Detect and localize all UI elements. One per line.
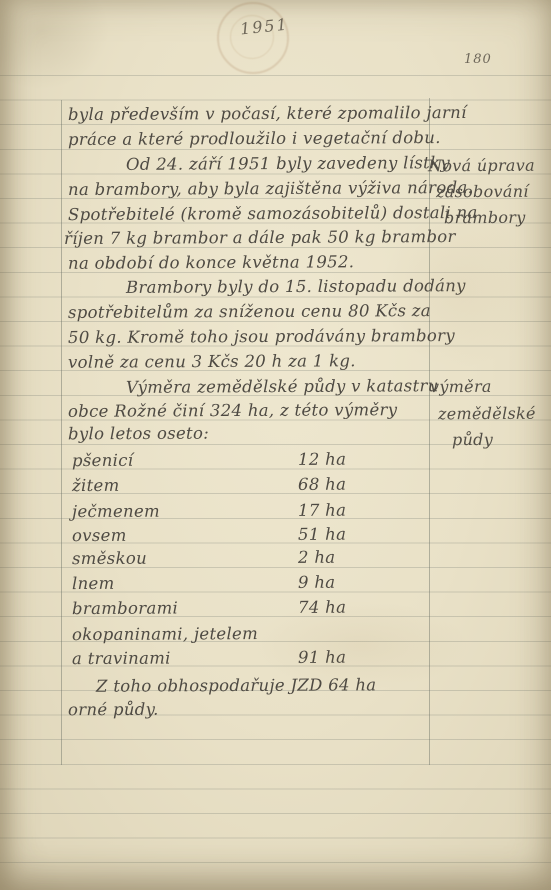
body-line: spotřebitelům za sníženou cenu 80 Kčs za [68,301,431,322]
crop-area: 68 ha [298,475,346,494]
body-line: volně za cenu 3 Kčs 20 h za 1 kg. [68,351,356,372]
crop-area: 91 ha [298,648,346,667]
crop-label: okopaninami, jetelem [72,624,258,644]
crop-row: ječmenem 17 ha [0,500,551,525]
margin-note-line: Nová úprava [428,156,535,176]
margin-note-line: brambory [444,208,526,227]
crop-row: okopaninami, jetelem [0,623,551,648]
round-archive-stamp-icon [217,2,289,74]
crop-label: směskou [72,549,147,568]
crop-area: 9 ha [298,573,336,592]
crop-label: pšenicí [72,451,133,470]
chronicle-page: 1951 180 byla především v počasí, které … [0,0,551,890]
crop-area: 17 ha [298,501,346,520]
body-line: na období do konce května 1952. [68,252,354,272]
crop-row: pšenicí 12 ha [0,449,551,474]
crop-row: směskou 2 ha [0,547,551,572]
body-line: na brambory, aby byla zajištěna výživa n… [68,178,473,199]
crop-row: žitem 68 ha [0,474,551,499]
paper-stain [0,0,110,90]
crop-label: lnem [72,574,115,593]
margin-note-line: zásobování [436,182,529,201]
crop-row: lnem 9 ha [0,572,551,597]
margin-note-line: zemědělské [438,404,536,424]
crop-row: bramborami 74 ha [0,597,551,622]
crop-label: bramborami [72,599,178,619]
body-line: obce Rožné činí 324 ha, z této výměry [68,400,397,421]
crop-row: a travinami 91 ha [0,647,551,672]
body-line: Od 24. září 1951 byly zavedeny lístky [126,153,450,174]
body-line: Výměra zemědělské půdy v katastru [126,376,439,397]
crop-label: ječmenem [72,502,160,521]
body-line: Brambory byly do 15. listopadu dodány [126,276,466,297]
body-line: Spotřebitelé (kromě samozásobitelů) dost… [68,203,478,224]
crop-label: žitem [72,476,120,495]
body-line: orné půdy. [68,700,159,719]
body-line: práce a které prodloužilo i vegetační do… [68,128,441,149]
crop-label: a travinami [72,649,171,669]
crop-area: 12 ha [298,450,346,469]
body-line: říjen 7 kg brambor a dále pak 50 kg bram… [64,227,456,248]
margin-note-line: výměra [430,377,492,396]
crop-label: ovsem [72,526,127,545]
margin-note-line: půdy [452,430,493,449]
crop-area: 2 ha [298,548,336,567]
crop-area: 74 ha [298,598,346,617]
crop-row: ovsem 51 ha [0,524,551,549]
body-line: bylo letos oseto: [68,424,209,444]
crop-area: 51 ha [298,525,346,544]
body-line: Z toho obhospodařuje JZD 64 ha [96,675,377,695]
body-line: byla především v počasí, které zpomalilo… [68,103,467,124]
page-number: 180 [464,52,492,67]
body-line: 50 kg. Kromě toho jsou prodávány brambor… [68,326,455,347]
